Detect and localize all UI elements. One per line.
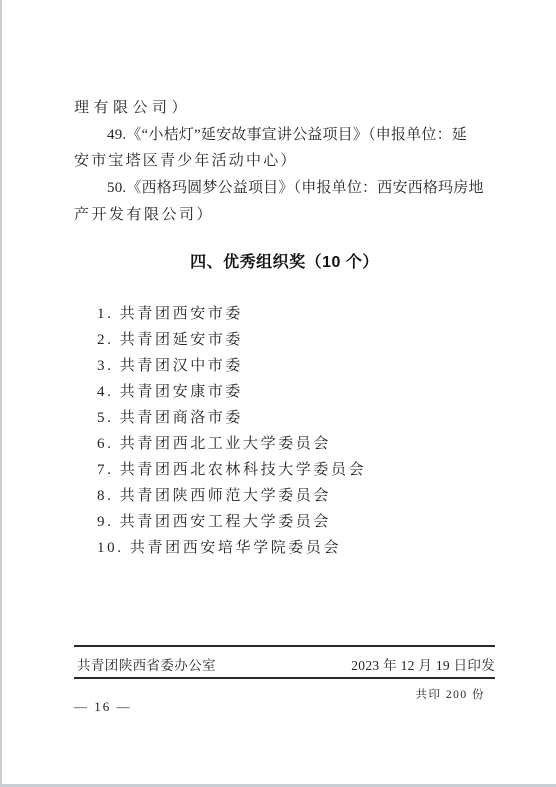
list-item: 1. 共青团西安市委 bbox=[97, 301, 497, 327]
section-heading: 四、优秀组织奖（10 个） bbox=[74, 249, 495, 272]
paragraph-line: 49.《“小桔灯”延安故事宣讲公益项目》（申报单位：延 bbox=[107, 125, 467, 145]
list-item: 6. 共青团西北工业大学委员会 bbox=[97, 431, 497, 457]
print-date: 2023 年 12 月 19 日印发 bbox=[351, 654, 495, 674]
paragraph-line: 安市宝塔区青少年活动中心） bbox=[74, 151, 298, 171]
paragraph-line: 理有限公司） bbox=[74, 98, 191, 118]
list-item: 8. 共青团陕西师范大学委员会 bbox=[97, 483, 497, 509]
print-copies: 共印 200 份 bbox=[74, 686, 485, 702]
list-item: 10. 共青团西安培华学院委员会 bbox=[97, 535, 497, 561]
award-list: 1. 共青团西安市委 2. 共青团延安市委 3. 共青团汉中市委 4. 共青团安… bbox=[97, 301, 497, 561]
paragraph-line: 50.《西格玛圆梦公益项目》（申报单位：西安西格玛房地 bbox=[107, 178, 484, 198]
list-item: 3. 共青团汉中市委 bbox=[97, 353, 497, 379]
colophon-rule-top bbox=[74, 645, 495, 647]
colophon-rule-bottom bbox=[74, 677, 495, 679]
list-item: 5. 共青团商洛市委 bbox=[97, 405, 497, 431]
list-item: 7. 共青团西北农林科技大学委员会 bbox=[97, 457, 497, 483]
colophon-row: 共青团陕西省委办公室 2023 年 12 月 19 日印发 bbox=[74, 654, 495, 674]
paragraph-line: 产开发有限公司） bbox=[74, 205, 214, 225]
issuing-office: 共青团陕西省委办公室 bbox=[74, 654, 216, 674]
list-item: 2. 共青团延安市委 bbox=[97, 327, 497, 353]
list-item: 4. 共青团安康市委 bbox=[97, 379, 497, 405]
document-page: 理有限公司） 49.《“小桔灯”延安故事宣讲公益项目》（申报单位：延 安市宝塔区… bbox=[0, 0, 556, 787]
page-number: — 16 — bbox=[74, 699, 132, 715]
list-item: 9. 共青团西安工程大学委员会 bbox=[97, 509, 497, 535]
